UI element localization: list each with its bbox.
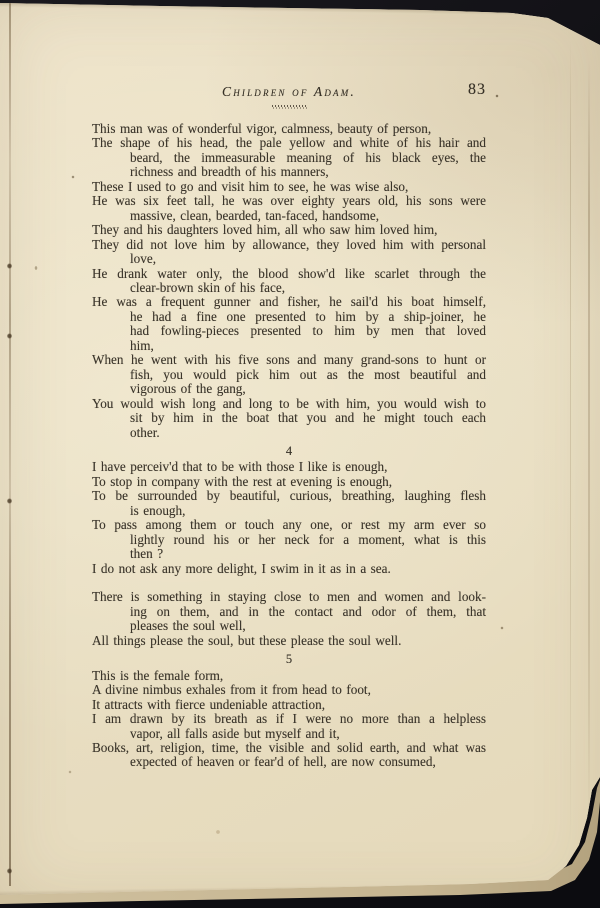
verse-line: It attracts with fierce undeniable attra… (92, 698, 486, 712)
book-scan-scene: Children of Adam. 83 This man was of won… (0, 0, 600, 908)
chapter-title: Children of Adam. (92, 84, 486, 100)
verse-line: This man was of wonderful vigor, calmnes… (92, 122, 486, 136)
section-number: 5 (92, 652, 486, 666)
verse-line: had fowling-pieces presented to him by m… (92, 324, 486, 338)
binding-crease (9, 0, 11, 886)
verse-line: He was six feet tall, he was over eighty… (92, 194, 486, 208)
poem-body: This man was of wonderful vigor, calmnes… (92, 122, 486, 770)
stitch-mark (7, 333, 12, 339)
verse-line: They did not love him by allowance, they… (92, 238, 486, 252)
stanza-break (92, 576, 486, 590)
verse-line: A divine nimbus exhales from it from hea… (92, 683, 486, 697)
header-ornament-rule (272, 105, 307, 109)
verse-line: vigorous of the gang, (92, 382, 486, 396)
stitch-mark (7, 868, 12, 874)
verse-line: All things please the soul, but these pl… (92, 634, 486, 648)
verse-line: To pass among them or touch any one, or … (92, 518, 486, 532)
page-fore-edge-line (570, 40, 571, 850)
verse-line: ing on them, and in the contact and odor… (92, 605, 486, 619)
verse-line: beard, the immeasurable meaning of his b… (92, 151, 486, 165)
verse-line: love, (92, 252, 486, 266)
verse-line: him, (92, 339, 486, 353)
verse-line: he had a fine one presented to him by a … (92, 310, 486, 324)
verse-line: The shape of his head, the pale yellow a… (92, 136, 486, 150)
verse-line: sit by him in the boat that you and he m… (92, 411, 486, 425)
verse-line: expected of heaven or fear'd of hell, ar… (92, 755, 486, 769)
verse-line: You would wish long and long to be with … (92, 397, 486, 411)
verse-line: When he went with his five sons and many… (92, 353, 486, 367)
page-fore-edge-line (588, 60, 590, 820)
verse-line: They and his daughters loved him, all wh… (92, 223, 486, 237)
page-number: 83 (468, 81, 486, 99)
stitch-mark (7, 263, 12, 269)
running-header: Children of Adam. 83 (92, 84, 486, 101)
verse-line: He was a frequent gunner and fisher, he … (92, 295, 486, 309)
stitch-mark (7, 498, 12, 504)
verse-line: richness and breadth of his manners, (92, 165, 486, 179)
verse-line: To stop in company with the rest at even… (92, 475, 486, 489)
verse-line: pleases the soul well, (92, 619, 486, 633)
verse-line: then ? (92, 547, 486, 561)
verse-line: I do not ask any more delight, I swim in… (92, 562, 486, 576)
verse-line: lightly round his or her neck for a mome… (92, 533, 486, 547)
verse-line: massive, clean, bearded, tan-faced, hand… (92, 209, 486, 223)
verse-line: To be surrounded by beautiful, curious, … (92, 489, 486, 503)
verse-line: other. (92, 426, 486, 440)
text-block: Children of Adam. 83 This man was of won… (92, 84, 486, 770)
verse-line: There is something in staying close to m… (92, 590, 486, 604)
verse-line: vapor, all falls aside but myself and it… (92, 727, 486, 741)
verse-line: fish, you would pick him out as the most… (92, 368, 486, 382)
section-number: 4 (92, 444, 486, 458)
verse-line: He drank water only, the blood show'd li… (92, 267, 486, 281)
verse-line: clear-brown skin of his face, (92, 281, 486, 295)
verse-line: I have perceiv'd that to be with those I… (92, 460, 486, 474)
book-page: Children of Adam. 83 This man was of won… (0, 0, 600, 908)
verse-line: I am drawn by its breath as if I were no… (92, 712, 486, 726)
verse-line: This is the female form, (92, 669, 486, 683)
verse-line: These I used to go and visit him to see,… (92, 180, 486, 194)
verse-line: Books, art, religion, time, the visible … (92, 741, 486, 755)
verse-line: is enough, (92, 504, 486, 518)
